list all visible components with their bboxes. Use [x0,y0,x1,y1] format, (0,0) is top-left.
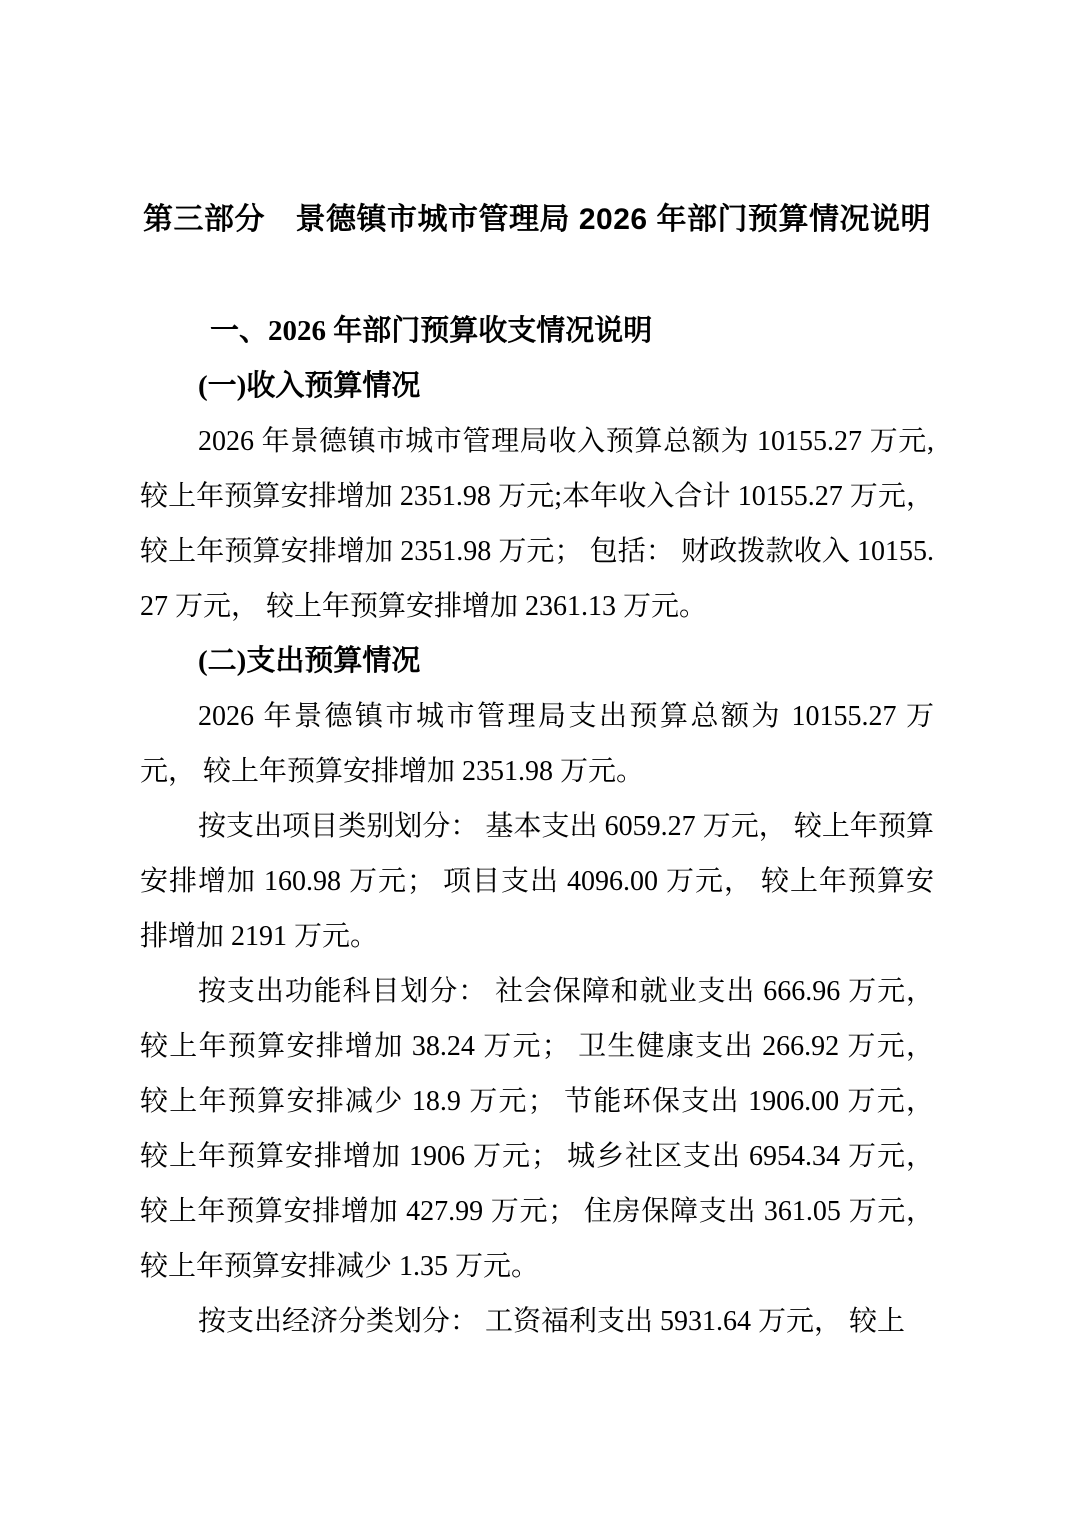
section-heading-budget-overview: 一、2026 年部门预算收支情况说明 [140,304,934,359]
paragraph-expenditure-by-economic-class: 按支出经济分类划分： 工资福利支出 5931.64 万元， 较上 [140,1294,934,1349]
paragraph-expenditure-by-project-type: 按支出项目类别划分： 基本支出 6059.27 万元， 较上年预算安排增加 16… [140,799,934,964]
document-title: 第三部分 景德镇市城市管理局 2026 年部门预算情况说明 [140,200,934,240]
document-page: 第三部分 景德镇市城市管理局 2026 年部门预算情况说明 一、2026 年部门… [0,0,1074,1520]
paragraph-income-budget: 2026 年景德镇市城市管理局收入预算总额为 10155.27 万元,较上年预算… [140,414,934,634]
paragraph-expenditure-by-function: 按支出功能科目划分： 社会保障和就业支出 666.96 万元， 较上年预算安排增… [140,964,934,1294]
subsection-heading-expenditure: (二)支出预算情况 [140,634,934,689]
paragraph-expenditure-total: 2026 年景德镇市城市管理局支出预算总额为 10155.27 万元， 较上年预… [140,689,934,799]
subsection-heading-income: (一)收入预算情况 [140,359,934,414]
